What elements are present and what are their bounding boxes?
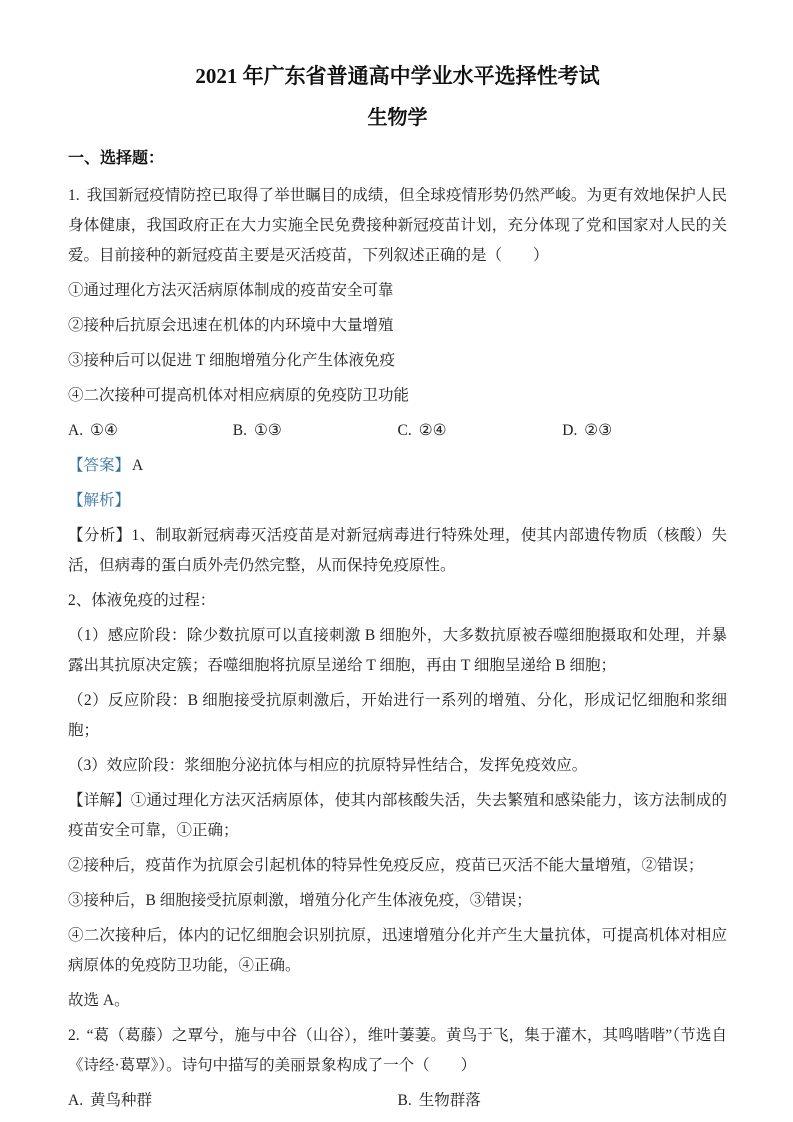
q2-option-a-text: 黄鸟种群 bbox=[90, 1092, 152, 1109]
question-1-option-c: C.②④ bbox=[398, 416, 563, 446]
question-1-stem-text: 我国新冠疫情防控已取得了举世瞩目的成绩，但全球疫情形势仍然严峻。为更有效地保护人… bbox=[68, 187, 727, 264]
analysis-paragraph-5: （3）效应阶段：浆细胞分泌抗体与相应的抗原特异性结合，发挥免疫效应。 bbox=[68, 751, 727, 781]
analysis-paragraph-4: （2）反应阶段：B 细胞接受抗原刺激后，开始进行一系列的增殖、分化，形成记忆细胞… bbox=[68, 686, 727, 746]
question-2-option-a: A.黄鸟种群 bbox=[68, 1086, 398, 1116]
detail-text: ①通过理化方法灭活病原体，使其内部核酸失活，失去繁殖和感染能力，该方法制成的疫苗… bbox=[68, 792, 727, 839]
explanation-label: 【解析】 bbox=[68, 492, 130, 509]
question-1-statement-4: ④二次接种可提高机体对相应病原的免疫防卫功能 bbox=[68, 381, 727, 411]
detail-paragraph-2: ②接种后，疫苗作为抗原会引起机体的特异性免疫反应，疫苗已灭活不能大量增殖，②错误… bbox=[68, 851, 727, 881]
question-1-statement-1: ①通过理化方法灭活病原体制成的疫苗安全可靠 bbox=[68, 276, 727, 306]
option-b-text: ①③ bbox=[254, 422, 282, 439]
question-2-option-b: B.生物群落 bbox=[398, 1086, 728, 1116]
question-1-number: 1. bbox=[68, 187, 80, 204]
option-a-text: ①④ bbox=[90, 422, 118, 439]
exam-title: 2021 年广东省普通高中学业水平选择性考试 bbox=[68, 62, 727, 90]
answer-label: 【答案】 bbox=[68, 457, 130, 474]
answer-value: A bbox=[132, 457, 143, 474]
option-c-label: C. bbox=[398, 422, 412, 439]
question-1-option-a: A.①④ bbox=[68, 416, 233, 446]
section-header-multiple-choice: 一、选择题： bbox=[68, 147, 727, 171]
option-c-text: ②④ bbox=[419, 422, 447, 439]
exam-subject: 生物学 bbox=[68, 105, 727, 131]
option-b-label: B. bbox=[233, 422, 247, 439]
question-2-stem: 2.“葛（葛藤）之覃兮，施与中谷（山谷），维叶萋萋。黄鸟于飞，集于灌木，其鸣喈喈… bbox=[68, 1021, 727, 1081]
explanation-line: 【解析】 bbox=[68, 486, 727, 516]
option-d-label: D. bbox=[562, 422, 577, 439]
question-1-option-d: D.②③ bbox=[562, 416, 727, 446]
analysis-text: 1、制取新冠病毒灭活疫苗是对新冠病毒进行特殊处理，使其内部遗传物质（核酸）失活，… bbox=[68, 527, 727, 574]
q2-option-b-label: B. bbox=[398, 1092, 412, 1109]
question-2-number: 2. bbox=[68, 1027, 80, 1044]
q2-option-b-text: 生物群落 bbox=[419, 1092, 481, 1109]
question-1-stem: 1.我国新冠疫情防控已取得了举世瞩目的成绩，但全球疫情形势仍然严峻。为更有效地保… bbox=[68, 181, 727, 271]
detail-paragraph: 【详解】①通过理化方法灭活病原体，使其内部核酸失活，失去繁殖和感染能力，该方法制… bbox=[68, 786, 727, 846]
question-1-statement-3: ③接种后可以促进 T 细胞增殖分化产生体液免疫 bbox=[68, 346, 727, 376]
question-1-options: A.①④ B.①③ C.②④ D.②③ bbox=[68, 416, 727, 446]
analysis-label: 【分析】 bbox=[68, 527, 132, 544]
detail-paragraph-4: ④二次接种后，体内的记忆细胞会识别抗原，迅速增殖分化并产生大量抗体，可提高机体对… bbox=[68, 921, 727, 981]
analysis-paragraph-2: 2、体液免疫的过程： bbox=[68, 586, 727, 616]
option-a-label: A. bbox=[68, 422, 83, 439]
detail-paragraph-3: ③接种后，B 细胞接受抗原刺激，增殖分化产生体液免疫，③错误； bbox=[68, 886, 727, 916]
analysis-paragraph-3: （1）感应阶段：除少数抗原可以直接刺激 B 细胞外，大多数抗原被吞噬细胞摄取和处… bbox=[68, 621, 727, 681]
question-1-statement-2: ②接种后抗原会迅速在机体的内环境中大量增殖 bbox=[68, 311, 727, 341]
exam-document-page: 2021 年广东省普通高中学业水平选择性考试 生物学 一、选择题： 1.我国新冠… bbox=[0, 0, 793, 1122]
answer-line: 【答案】A bbox=[68, 451, 727, 481]
question-1-option-b: B.①③ bbox=[233, 416, 398, 446]
detail-conclusion: 故选 A。 bbox=[68, 986, 727, 1016]
question-2-stem-text: “葛（葛藤）之覃兮，施与中谷（山谷），维叶萋萋。黄鸟于飞，集于灌木，其鸣喈喈”（… bbox=[68, 1027, 727, 1074]
q2-option-a-label: A. bbox=[68, 1092, 83, 1109]
question-2-options: A.黄鸟种群 B.生物群落 bbox=[68, 1086, 727, 1116]
option-d-text: ②③ bbox=[584, 422, 612, 439]
detail-label: 【详解】 bbox=[68, 792, 131, 809]
analysis-paragraph: 【分析】1、制取新冠病毒灭活疫苗是对新冠病毒进行特殊处理，使其内部遗传物质（核酸… bbox=[68, 521, 727, 581]
